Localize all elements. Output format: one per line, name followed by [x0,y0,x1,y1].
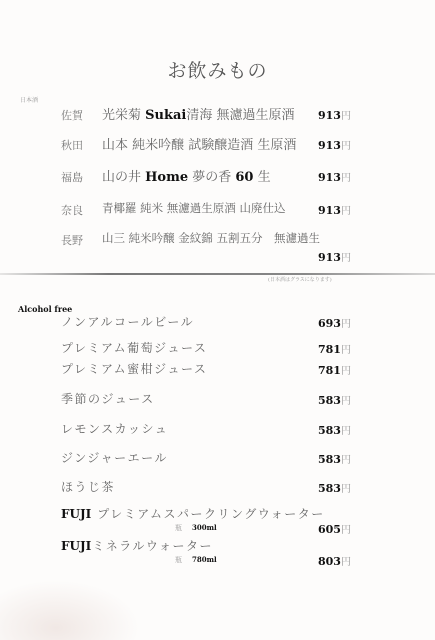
drink-name: ほうじ茶 [61,478,115,495]
brand-name: FUJI [61,507,91,521]
sake-item: 福島 山の井 Home 夢の香 60 生 913円 [0,166,435,186]
drink-price: 781円 [318,341,351,356]
sake-price: 913円 [318,249,351,264]
drink-name: 季節のジュース [61,390,155,407]
sake-price: 913円 [318,107,351,122]
drink-item: 季節のジュース 583円 [0,390,435,410]
drink-item: ほうじ茶 583円 [0,478,435,498]
sake-prefecture: 奈良 [61,202,83,218]
drink-name: FUJIプレミアムスパークリングウォーター [61,505,325,522]
drink-size: 瓶780ml [175,555,217,565]
drink-price: 693円 [318,315,351,330]
sake-item: 長野 山三 純米吟醸 金紋錦 五割五分 無濾過生 913円 [0,229,435,265]
sake-price: 913円 [318,137,351,152]
sake-item: 奈良 青椰羅 純米 無濾過生原酒 山廃仕込 913円 [0,199,435,219]
drink-name: FUJIミネラルウォーター [61,537,213,554]
drink-size: 瓶300ml [175,523,217,533]
sake-name: 山の井 Home 夢の香 60 生 [102,166,271,185]
drink-item: レモンスカッシュ 583円 [0,420,435,440]
sake-name: 山本 純米吟醸 試験醸造酒 生原酒 [102,134,296,153]
drink-item: FUJIミネラルウォーター 瓶780ml 803円 [0,537,435,567]
sake-prefecture: 秋田 [61,137,83,153]
drink-item: FUJIプレミアムスパークリングウォーター 瓶300ml 605円 [0,505,435,535]
drink-price: 803円 [318,553,351,568]
page-title: お飲みもの [0,56,435,83]
sake-prefecture: 福島 [61,169,83,185]
drink-name: ジンジャーエール [61,449,168,466]
drinks-menu-page: お飲みもの 日本酒 佐賀 光栄菊 Sukai清海 無濾過生原酒 913円 秋田 … [0,0,435,640]
sake-prefecture: 長野 [61,232,83,248]
drink-price: 583円 [318,480,351,495]
sake-prefecture: 佐賀 [61,107,83,123]
sake-price: 913円 [318,169,351,184]
drink-price: 605円 [318,521,351,536]
drink-item: ジンジャーエール 583円 [0,449,435,469]
drink-name: レモンスカッシュ [61,420,168,437]
drink-price: 583円 [318,422,351,437]
drink-price: 583円 [318,392,351,407]
sake-item: 佐賀 光栄菊 Sukai清海 無濾過生原酒 913円 [0,104,435,124]
section-divider [0,273,435,275]
section-label-sake: 日本酒 [20,95,38,104]
drink-item: プレミアム葡萄ジュース 781円 [0,339,435,359]
drink-item: プレミアム蜜柑ジュース 781円 [0,360,435,380]
sake-item: 秋田 山本 純米吟醸 試験醸造酒 生原酒 913円 [0,134,435,154]
drink-price: 583円 [318,451,351,466]
brand-name: FUJI [61,539,91,553]
drink-price: 781円 [318,362,351,377]
drink-name: プレミアム葡萄ジュース [61,339,207,356]
paper-stain [0,580,140,640]
sake-price: 913円 [318,202,351,217]
sake-note: (日本酒はグラスになります) [268,276,332,283]
drink-name: ノンアルコールビール [61,313,194,330]
drink-item: ノンアルコールビール 693円 [0,313,435,333]
sake-name: 光栄菊 Sukai清海 無濾過生原酒 [102,104,295,123]
sake-name: 山三 純米吟醸 金紋錦 五割五分 無濾過生 [102,230,320,246]
drink-name: プレミアム蜜柑ジュース [61,360,207,377]
sake-name: 青椰羅 純米 無濾過生原酒 山廃仕込 [102,200,285,216]
